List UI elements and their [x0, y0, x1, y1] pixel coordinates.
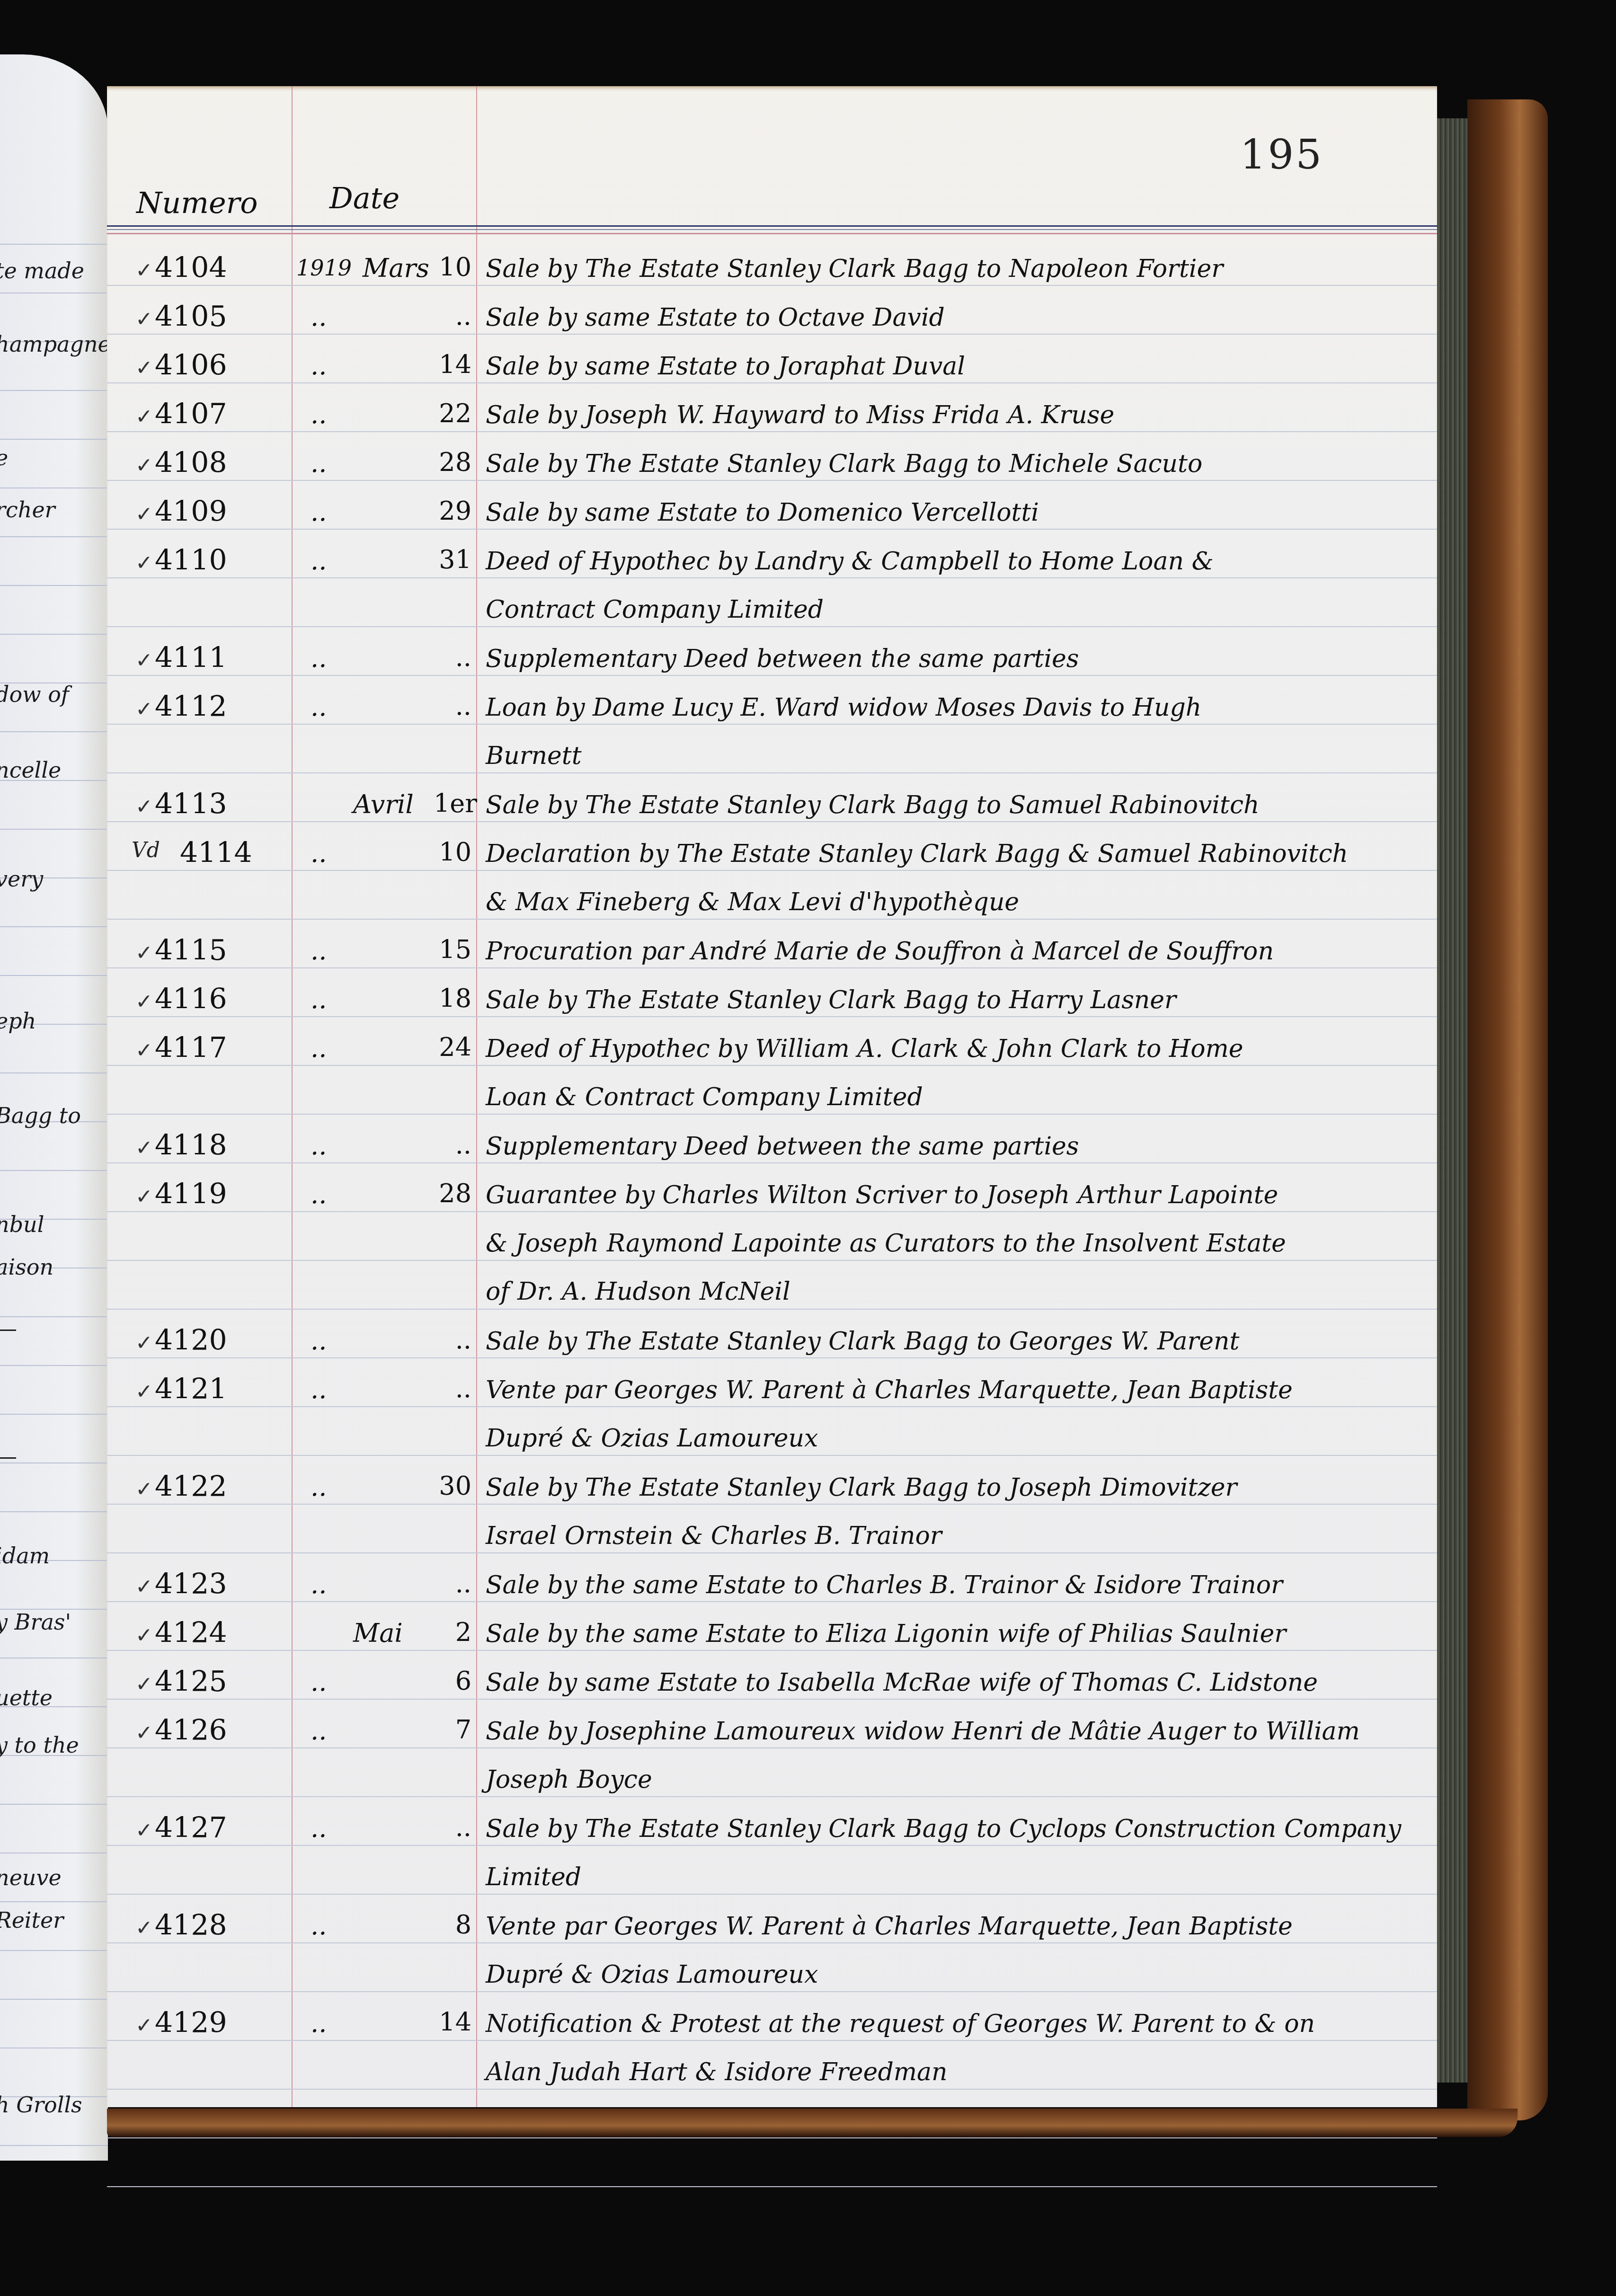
entry-description: Vente par Georges W. Parent à Charles Ma… [486, 1366, 1409, 1463]
page-number: 195 [1240, 131, 1323, 178]
description-line: Vente par Georges W. Parent à Charles Ma… [486, 1366, 1409, 1414]
entry-number: ✓4104 [135, 251, 277, 284]
checkmark-icon: ✓ [135, 1672, 153, 1696]
description-line: Notification & Protest at the request of… [486, 2000, 1409, 2048]
entry-number: ✓4121 [135, 1373, 277, 1406]
entry-number: 4114 [178, 836, 320, 869]
entry-day: 8 [434, 1910, 471, 1940]
ruled-line [107, 2186, 1437, 2187]
description-line: Sale by Josephine Lamoureux widow Henri … [486, 1707, 1409, 1755]
entry-description: Sale by The Estate Stanley Clark Bagg to… [486, 1463, 1409, 1560]
header-rule [107, 225, 1437, 227]
entry-day: .. [434, 1374, 471, 1403]
description-line: Sale by same Estate to Octave David [486, 293, 1409, 342]
ruled-line [0, 1414, 108, 1415]
entry-number: ✓4109 [135, 495, 277, 528]
previous-page-fragment: te madehampagneercherdow ofncelleveryeph… [0, 54, 108, 2161]
entry-month: Avril [353, 789, 414, 819]
ruled-line [0, 634, 108, 635]
ruled-line [0, 1901, 108, 1902]
checkmark-icon: ✓ [135, 405, 153, 429]
register-entry: ✓4106..14Sale by same Estate to Joraphat… [107, 342, 1437, 391]
left-page-text-fragment: — [0, 1316, 17, 1341]
entry-month: .. [311, 1472, 327, 1502]
description-line: Loan by Dame Lucy E. Ward widow Moses Da… [486, 683, 1409, 732]
ruled-line [0, 731, 108, 732]
checkmark-icon: ✓ [135, 2013, 153, 2038]
entry-number-value: 4105 [155, 300, 227, 333]
entry-month: .. [311, 448, 327, 478]
entry-day: .. [434, 1812, 471, 1842]
register-entry: ✓4109..29Sale by same Estate to Domenico… [107, 488, 1437, 537]
entry-month: .. [311, 1569, 327, 1599]
entry-month: .. [311, 1667, 327, 1697]
ruled-line [107, 2137, 1437, 2138]
entry-description: Sale by same Estate to Joraphat Duval [486, 342, 1409, 390]
ruled-line [0, 1999, 108, 2000]
register-entry: ✓4118....Supplementary Deed between the … [107, 1122, 1437, 1171]
description-line: Israel Ornstein & Charles B. Trainor [486, 1512, 1409, 1560]
left-page-text-fragment: nbul [0, 1212, 44, 1237]
entry-month: .. [311, 351, 327, 381]
ruled-line [0, 536, 108, 537]
checkmark-icon: ✓ [135, 1818, 153, 1843]
entry-year: 1919 [296, 255, 352, 281]
left-page-text-fragment: idam [0, 1543, 50, 1569]
checkmark-icon: ✓ [135, 1331, 153, 1355]
entry-description: Deed of Hypothec by William A. Clark & J… [486, 1025, 1409, 1121]
left-page-text-fragment: eph [0, 1008, 36, 1034]
entry-number: ✓4111 [135, 641, 277, 674]
entry-month: .. [311, 1813, 327, 1843]
entry-description: Sale by Joseph W. Hayward to Miss Frida … [486, 391, 1409, 439]
ruled-line [0, 2145, 108, 2146]
entry-number-value: 4129 [155, 2006, 227, 2039]
ruled-line [0, 1170, 108, 1171]
left-page-text-fragment: y Bras' [0, 1609, 71, 1635]
entry-day: 6 [434, 1666, 471, 1696]
description-line: Limited [486, 1853, 1409, 1901]
ruled-line [0, 585, 108, 586]
entry-month: .. [311, 1716, 327, 1746]
entry-number-value: 4111 [155, 641, 227, 674]
entry-day: .. [434, 642, 471, 672]
entry-number: ✓4116 [135, 983, 277, 1016]
entry-number-value: 4112 [155, 690, 227, 723]
description-line: Contract Company Limited [486, 585, 1409, 634]
entry-month: .. [311, 1374, 327, 1404]
entry-number-value: 4118 [155, 1129, 227, 1162]
checkmark-icon: ✓ [135, 356, 153, 380]
entry-number: ✓4105 [135, 300, 277, 333]
checkmark-icon: ✓ [135, 1575, 153, 1599]
entry-number-value: 4110 [155, 544, 227, 577]
left-page-text-fragment: hampagne [0, 331, 108, 357]
ruled-line [0, 439, 108, 440]
register-entry: ✓4122..30Sale by The Estate Stanley Clar… [107, 1463, 1437, 1561]
description-line: Sale by The Estate Stanley Clark Bagg to… [486, 1317, 1409, 1365]
description-line: Sale by The Estate Stanley Clark Bagg to… [486, 1805, 1409, 1853]
entry-number-value: 4122 [155, 1470, 227, 1503]
description-line: Joseph Boyce [486, 1755, 1409, 1804]
leather-cover [1467, 99, 1548, 2120]
description-line: Sale by The Estate Stanley Clark Bagg to… [486, 976, 1409, 1024]
entry-day: 10 [434, 837, 471, 867]
entry-number: ✓4113 [135, 788, 277, 821]
register-entry: ✓4126..7Sale by Josephine Lamoureux wido… [107, 1707, 1437, 1805]
ruled-line [0, 2048, 108, 2048]
entry-day: 24 [434, 1032, 471, 1062]
left-page-text-fragment: rcher [0, 497, 55, 523]
entry-month: .. [311, 1033, 327, 1063]
entry-number-value: 4125 [155, 1665, 227, 1698]
entry-description: Supplementary Deed between the same part… [486, 1122, 1409, 1170]
entry-description: Guarantee by Charles Wilton Scriver to J… [486, 1171, 1409, 1316]
entry-month: .. [311, 1326, 327, 1356]
header-rule [107, 229, 1437, 230]
entry-description: Sale by Josephine Lamoureux widow Henri … [486, 1707, 1409, 1804]
entry-description: Sale by same Estate to Octave David [486, 293, 1409, 342]
leather-cover-bottom [107, 2109, 1518, 2137]
register-entry: ✓4116..18Sale by The Estate Stanley Clar… [107, 976, 1437, 1025]
register-entry: ✓4119..28Guarantee by Charles Wilton Scr… [107, 1171, 1437, 1317]
left-page-text-fragment: — [0, 1444, 17, 1469]
register-entry: ✓4108..28Sale by The Estate Stanley Clar… [107, 440, 1437, 488]
checkmark-icon: ✓ [135, 502, 153, 526]
entry-number-value: 4108 [155, 446, 227, 479]
entry-number-value: 4115 [155, 934, 227, 967]
left-page-text-fragment: e [0, 445, 8, 470]
entry-day: .. [434, 1130, 471, 1160]
entry-month: .. [311, 936, 327, 966]
description-line: & Max Fineberg & Max Levi d'hypothèque [486, 878, 1409, 926]
left-page-text-fragment: h Grolls [0, 2092, 82, 2118]
entry-month: .. [311, 399, 327, 429]
entry-day: 22 [434, 399, 471, 428]
left-page-text-fragment: dow of [0, 682, 69, 707]
ruled-line [0, 488, 108, 488]
description-line: Sale by same Estate to Domenico Vercello… [486, 488, 1409, 537]
entry-day: 14 [434, 2007, 471, 2037]
register-entry: ✓4124Mai2Sale by the same Estate to Eliz… [107, 1610, 1437, 1658]
entry-number-value: 4119 [155, 1178, 227, 1211]
entry-day: 7 [434, 1715, 471, 1745]
entry-description: Notification & Protest at the request of… [486, 2000, 1409, 2096]
entry-number-value: 4124 [155, 1616, 227, 1649]
description-line: Sale by The Estate Stanley Clark Bagg to… [486, 1463, 1409, 1512]
entry-number-value: 4114 [180, 836, 252, 869]
register-entry: ✓4120....Sale by The Estate Stanley Clar… [107, 1317, 1437, 1366]
entry-number: ✓4129 [135, 2006, 277, 2039]
entry-day: 15 [434, 935, 471, 965]
description-line: Loan & Contract Company Limited [486, 1073, 1409, 1121]
checkmark-icon: ✓ [135, 453, 153, 478]
checkmark-icon: ✓ [135, 941, 153, 965]
register-entry: ✓4127....Sale by The Estate Stanley Clar… [107, 1805, 1437, 1902]
left-page-text-fragment: neuve [0, 1865, 62, 1890]
entry-day: 18 [434, 984, 471, 1013]
left-page-text-fragment: aison [0, 1254, 53, 1280]
entry-number: ✓4117 [135, 1031, 277, 1064]
entry-description: Sale by The Estate Stanley Clark Bagg to… [486, 781, 1409, 829]
checkmark-icon: ✓ [135, 1477, 153, 1501]
entry-day: 28 [434, 1179, 471, 1208]
entry-number-value: 4106 [155, 349, 227, 382]
left-page-text-fragment: ncelle [0, 757, 61, 783]
entry-month: .. [311, 302, 327, 332]
entry-day: 30 [434, 1471, 471, 1501]
entry-day: 10 [434, 252, 471, 282]
register-entry: ✓4113Avril1erSale by The Estate Stanley … [107, 781, 1437, 830]
entry-number-value: 4116 [155, 983, 227, 1016]
left-page-text-fragment: y to the [0, 1732, 79, 1758]
ruled-line [0, 1804, 108, 1805]
ruled-line [0, 244, 108, 245]
description-line: Sale by The Estate Stanley Clark Bagg to… [486, 781, 1409, 829]
entry-number-value: 4104 [155, 251, 227, 284]
left-page-text-fragment: very [0, 866, 43, 892]
checkmark-icon: ✓ [135, 258, 153, 283]
checkmark-icon: ✓ [135, 307, 153, 331]
entry-day: .. [434, 301, 471, 331]
checkmark-icon: ✓ [135, 1038, 153, 1063]
entry-description: Sale by the same Estate to Charles B. Tr… [486, 1561, 1409, 1609]
entry-number: ✓4125 [135, 1665, 277, 1698]
entry-number-value: 4107 [155, 398, 227, 431]
entry-day: 14 [434, 350, 471, 380]
register-entry: ✓4121....Vente par Georges W. Parent à C… [107, 1366, 1437, 1463]
entry-month: .. [311, 838, 327, 868]
register-entry: ✓4128..8Vente par Georges W. Parent à Ch… [107, 1902, 1437, 2000]
register-entry: ✓4129..14Notification & Protest at the r… [107, 2000, 1437, 2097]
ruled-line [0, 1853, 108, 1853]
entry-number: ✓4120 [135, 1324, 277, 1357]
entry-month: .. [311, 2008, 327, 2038]
entry-month: .. [311, 546, 327, 576]
entry-number-value: 4126 [155, 1714, 227, 1747]
description-line: Supplementary Deed between the same part… [486, 635, 1409, 683]
entry-description: Sale by The Estate Stanley Clark Bagg to… [486, 976, 1409, 1024]
description-line: Sale by The Estate Stanley Clark Bagg to… [486, 245, 1409, 293]
entry-number-value: 4127 [155, 1811, 227, 1844]
left-page-text-fragment: te made [0, 258, 84, 284]
checkmark-icon: ✓ [135, 990, 153, 1014]
register-entry: Vd4114..10Declaration by The Estate Stan… [107, 830, 1437, 927]
ruled-line [0, 926, 108, 927]
description-line: & Joseph Raymond Lapointe as Curators to… [486, 1219, 1409, 1268]
ruled-line [0, 1365, 108, 1366]
entry-description: Supplementary Deed between the same part… [486, 635, 1409, 683]
entry-description: Sale by The Estate Stanley Clark Bagg to… [486, 1805, 1409, 1901]
checkmark-icon: ✓ [135, 697, 153, 721]
entry-number-value: 4109 [155, 495, 227, 528]
ruled-line [0, 390, 108, 391]
entry-description: Deed of Hypothec by Landry & Campbell to… [486, 537, 1409, 634]
register-entry: ✓4123....Sale by the same Estate to Char… [107, 1561, 1437, 1610]
register-entry: ✓41041919Mars10Sale by The Estate Stanle… [107, 245, 1437, 293]
entry-description: Sale by the same Estate to Eliza Ligonin… [486, 1610, 1409, 1658]
description-line: Dupré & Ozias Lamoureux [486, 1414, 1409, 1463]
entry-month: .. [311, 1179, 327, 1209]
entry-day: .. [434, 1569, 471, 1598]
description-line: Sale by the same Estate to Eliza Ligonin… [486, 1610, 1409, 1658]
entry-number-value: 4121 [155, 1373, 227, 1406]
entry-number: ✓4123 [135, 1568, 277, 1601]
entry-description: Sale by same Estate to Domenico Vercello… [486, 488, 1409, 537]
checkmark-icon: ✓ [135, 1721, 153, 1745]
margin-note: Vd [132, 838, 160, 862]
entry-number: ✓4119 [135, 1178, 277, 1211]
description-line: Procuration par André Marie de Souffron … [486, 927, 1409, 975]
description-line: Sale by same Estate to Joraphat Duval [486, 342, 1409, 390]
entry-number: ✓4107 [135, 398, 277, 431]
entry-description: Sale by same Estate to Isabella McRae wi… [486, 1658, 1409, 1707]
checkmark-icon: ✓ [135, 795, 153, 819]
entry-number-value: 4117 [155, 1031, 227, 1064]
entry-number-value: 4128 [155, 1909, 227, 1942]
description-line: Sale by Joseph W. Hayward to Miss Frida … [486, 391, 1409, 439]
checkmark-icon: ✓ [135, 1623, 153, 1648]
register-entry: ✓4110..31Deed of Hypothec by Landry & Ca… [107, 537, 1437, 635]
entry-day: 31 [434, 545, 471, 575]
register-entry: ✓4112....Loan by Dame Lucy E. Ward widow… [107, 683, 1437, 781]
register-entry: ✓4125..6Sale by same Estate to Isabella … [107, 1658, 1437, 1707]
register-page: 195 Numero Date ✓41041919Mars10Sale by T… [107, 86, 1437, 2107]
entry-description: Vente par Georges W. Parent à Charles Ma… [486, 1902, 1409, 1999]
description-line: Deed of Hypothec by William A. Clark & J… [486, 1025, 1409, 1073]
entry-description: Sale by The Estate Stanley Clark Bagg to… [486, 440, 1409, 488]
entry-number: ✓4112 [135, 690, 277, 723]
checkmark-icon: ✓ [135, 551, 153, 575]
description-line: of Dr. A. Hudson McNeil [486, 1268, 1409, 1316]
description-line: Burnett [486, 732, 1409, 780]
entry-number-value: 4120 [155, 1324, 227, 1357]
description-line: Sale by same Estate to Isabella McRae wi… [486, 1658, 1409, 1707]
header-rule [107, 233, 1437, 234]
entry-number-value: 4113 [155, 788, 227, 821]
entry-month: .. [311, 643, 327, 673]
description-line: Declaration by The Estate Stanley Clark … [486, 830, 1409, 878]
entry-month: Mars [363, 253, 429, 283]
ruled-line [0, 1073, 108, 1073]
entry-number: ✓4108 [135, 446, 277, 479]
entry-description: Sale by The Estate Stanley Clark Bagg to… [486, 245, 1409, 293]
register-entry: ✓4117..24Deed of Hypothec by William A. … [107, 1025, 1437, 1122]
ruled-line [0, 975, 108, 976]
entry-day: 28 [434, 447, 471, 477]
entry-month: .. [311, 1911, 327, 1941]
register-entry: ✓4115..15Procuration par André Marie de … [107, 927, 1437, 976]
entry-number: ✓4124 [135, 1616, 277, 1649]
left-page-text-fragment: Reiter [0, 1907, 63, 1933]
entry-month: .. [311, 497, 327, 527]
description-line: Supplementary Deed between the same part… [486, 1122, 1409, 1170]
entry-number: ✓4106 [135, 349, 277, 382]
register-entry: ✓4111....Supplementary Deed between the … [107, 635, 1437, 683]
register-entry: ✓4105....Sale by same Estate to Octave D… [107, 293, 1437, 342]
checkmark-icon: ✓ [135, 1185, 153, 1209]
entry-description: Declaration by The Estate Stanley Clark … [486, 830, 1409, 926]
entry-day: 2 [434, 1617, 471, 1647]
description-line: Guarantee by Charles Wilton Scriver to J… [486, 1171, 1409, 1219]
column-header-number: Numero [136, 186, 258, 220]
entry-number: ✓4128 [135, 1909, 277, 1942]
left-page-text-fragment: Bagg to [0, 1103, 81, 1128]
entry-month: Mai [353, 1618, 403, 1648]
register-entry: ✓4107..22Sale by Joseph W. Hayward to Mi… [107, 391, 1437, 440]
ruled-line [0, 1511, 108, 1512]
entry-description: Loan by Dame Lucy E. Ward widow Moses Da… [486, 683, 1409, 780]
entry-number: ✓4110 [135, 544, 277, 577]
entry-number: ✓4126 [135, 1714, 277, 1747]
entry-day: 29 [434, 496, 471, 526]
entry-month: .. [311, 692, 327, 722]
checkmark-icon: ✓ [135, 1380, 153, 1404]
entry-number: ✓4122 [135, 1470, 277, 1503]
ruled-line [0, 829, 108, 830]
checkmark-icon: ✓ [135, 1916, 153, 1940]
entry-month: .. [311, 1131, 327, 1161]
ruled-line [0, 1950, 108, 1951]
ruled-line [0, 1658, 108, 1658]
entry-number-value: 4123 [155, 1568, 227, 1601]
checkmark-icon: ✓ [135, 1136, 153, 1160]
entry-number: ✓4127 [135, 1811, 277, 1844]
checkmark-icon: ✓ [135, 648, 153, 673]
entry-day: 1er [434, 789, 471, 818]
description-line: Dupré & Ozias Lamoureux [486, 1950, 1409, 1999]
entry-number: ✓4115 [135, 934, 277, 967]
entry-day: .. [434, 691, 471, 721]
entry-number: ✓4118 [135, 1129, 277, 1162]
entry-description: Procuration par André Marie de Souffron … [486, 927, 1409, 975]
column-header-date: Date [329, 181, 400, 215]
description-line: Vente par Georges W. Parent à Charles Ma… [486, 1902, 1409, 1950]
description-line: Alan Judah Hart & Isidore Freedman [486, 2048, 1409, 2096]
entry-day: .. [434, 1325, 471, 1355]
ruled-line [0, 293, 108, 293]
description-line: Deed of Hypothec by Landry & Campbell to… [486, 537, 1409, 585]
description-line: Sale by the same Estate to Charles B. Tr… [486, 1561, 1409, 1609]
left-page-text-fragment: uette [0, 1685, 53, 1711]
entry-month: .. [311, 984, 327, 1014]
entry-description: Sale by The Estate Stanley Clark Bagg to… [486, 1317, 1409, 1365]
description-line: Sale by The Estate Stanley Clark Bagg to… [486, 440, 1409, 488]
